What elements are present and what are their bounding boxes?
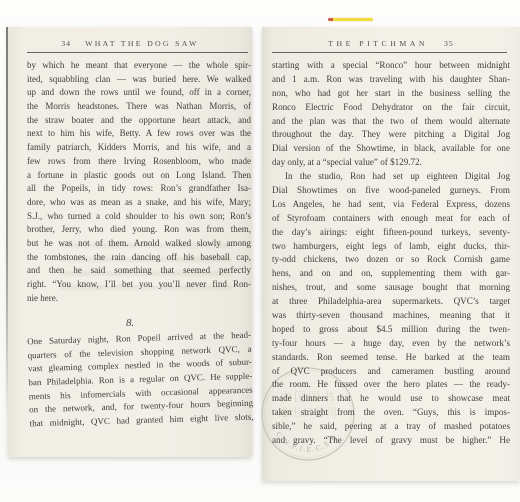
- section-number: 8.: [8, 318, 252, 329]
- text-line: non, who had got her start in the busine…: [272, 87, 510, 101]
- right-header-rule: [272, 52, 507, 53]
- text-line: In the studio, Ron had set up eighteen D…: [272, 170, 510, 184]
- text-line: and then he said something that seemed p…: [27, 264, 251, 278]
- text-line: few rows from there Irving Rosenbloom, w…: [27, 155, 251, 169]
- text-line: Dial version of the Showtime, in black, …: [272, 142, 510, 156]
- text-line: all the Popeils, in tidy rows: Ron’s gra…: [27, 182, 251, 196]
- text-line: brother, Jerry, who died young. Ron was …: [27, 223, 251, 237]
- text-line: hens, and on and on, supplementing them …: [272, 267, 510, 281]
- text-line: made dinners that he would use to showca…: [272, 392, 510, 406]
- left-header-rule: [27, 52, 248, 53]
- right-running-title: THE PITCHMAN: [328, 39, 428, 48]
- text-line: the room. He fussed over the hero plates…: [272, 378, 510, 392]
- text-line: by which he meant that everyone — the wh…: [27, 59, 251, 73]
- left-running-title: WHAT THE DOG SAW: [85, 39, 199, 48]
- text-line: of Styrofoam containers with enough meat…: [272, 212, 510, 226]
- text-line: throughout the day. They were pitching a…: [272, 128, 510, 142]
- highlighter-mark: [328, 18, 373, 21]
- left-paragraph-2: One Saturday night, Ron Popeil arrived a…: [27, 329, 254, 431]
- text-line: S.J., who turned a cold shoulder to his …: [27, 210, 251, 224]
- text-line: next to him his wife, Betty. A few rows …: [27, 127, 251, 141]
- text-line: at three Philadelphia-area supermarkets.…: [272, 295, 510, 309]
- left-running-header: 34 WHAT THE DOG SAW: [8, 39, 252, 48]
- text-line: nishes, trout, and some sausage bought t…: [272, 281, 510, 295]
- text-line: ty-odd chickens, two dozen or so Rock Co…: [272, 253, 510, 267]
- text-line: right. “You know, I’ll bet you you’ll ne…: [27, 278, 251, 292]
- text-line: ited, squabbling clan — was buried here.…: [27, 73, 251, 87]
- text-line: standards. Ron seemed tense. He barked a…: [272, 351, 510, 365]
- text-line: Dial Showtimes on five wood-paneled gurn…: [272, 184, 510, 198]
- text-line: the Morris headstones. There was Nathan …: [27, 100, 251, 114]
- right-text-column: starting with a special “Ronco” hour bet…: [272, 59, 510, 448]
- text-line: the tombstones, the rain dancing off his…: [27, 251, 251, 265]
- text-line: dore, who was as mean as a snake, and hi…: [27, 196, 251, 210]
- text-line: and gravy. “The level of gravy must be h…: [272, 434, 510, 448]
- text-line: ty-four hours — a huge day, even by the …: [272, 337, 510, 351]
- text-line: hoped to gross about $4.5 million during…: [272, 323, 510, 337]
- left-page: 34 WHAT THE DOG SAW by which he meant th…: [8, 27, 252, 457]
- left-paragraph-1: by which he meant that everyone — the wh…: [27, 59, 251, 305]
- text-line: was thirty-seven thousand machines, mean…: [272, 309, 510, 323]
- book-spread-photo: 34 WHAT THE DOG SAW by which he meant th…: [0, 0, 520, 502]
- right-running-header: THE PITCHMAN 35: [262, 39, 520, 48]
- text-line: the day’s airings: eight fifteen-pound t…: [272, 226, 510, 240]
- text-line: and 1 a.m. Ron was traveling with his da…: [272, 73, 510, 87]
- text-line: of QVC producers and cameramen bustling …: [272, 365, 510, 379]
- text-line: and the plan was that the two of them wo…: [272, 115, 510, 129]
- text-line: but he was not of them. Arnold walked sl…: [27, 237, 251, 251]
- text-line: a fortune in plastic goods out on Long I…: [27, 169, 251, 183]
- right-page: 中国图书 进出口公司 C.N.P.I.E.C.S.B. THE PITCHMAN…: [262, 27, 520, 481]
- text-line: taken straight from the oven. “Guys, thi…: [272, 406, 510, 420]
- text-line: Ronco Electric Food Dehydrator on the fa…: [272, 101, 510, 115]
- right-page-number: 35: [444, 39, 454, 48]
- text-line: Los Angeles, he had sent, via Federal Ex…: [272, 198, 510, 212]
- text-line: two hamburgers, eight legs of lamb, eigh…: [272, 240, 510, 254]
- text-line: up and down the rows until we found, off…: [27, 86, 251, 100]
- text-line: the straw boater and the opportune heart…: [27, 114, 251, 128]
- text-line: starting with a special “Ronco” hour bet…: [272, 59, 510, 73]
- text-line: family patriarch, Kidders Morris, and hi…: [27, 141, 251, 155]
- left-page-number: 34: [61, 39, 71, 48]
- text-line: sible,” he said, peering at a tray of ma…: [272, 420, 510, 434]
